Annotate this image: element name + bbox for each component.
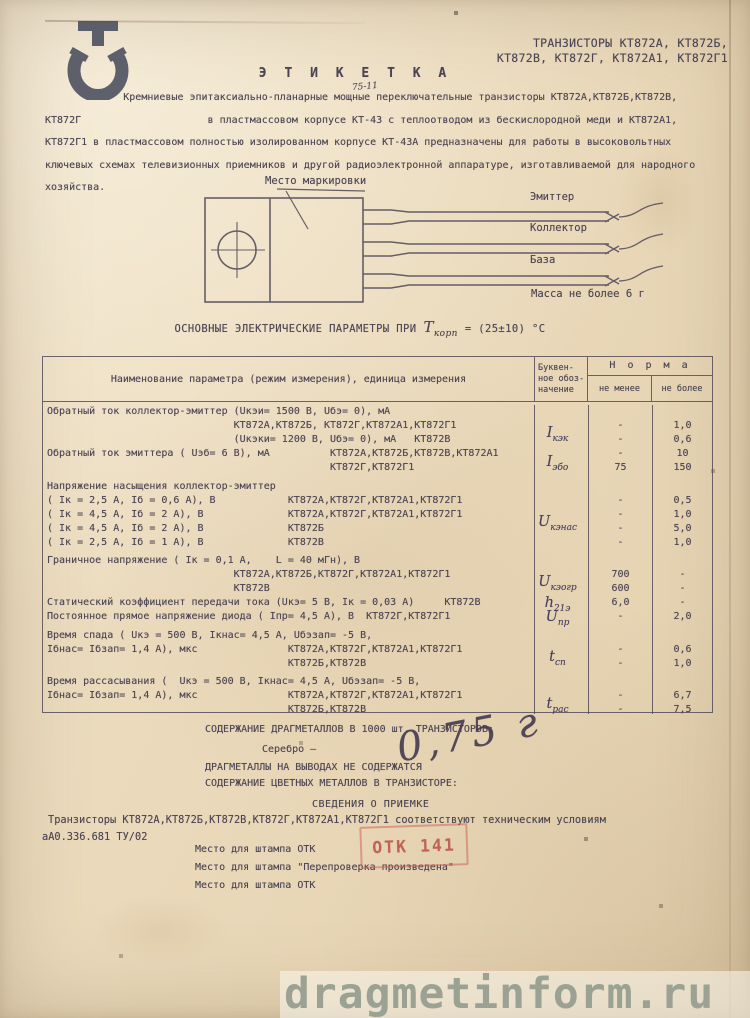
no-dragmetals-line: ДРАГМЕТАЛЛЫ НА ВЫВОДАХ НЕ СОДЕРЖАТСЯ [205, 762, 422, 773]
otk-stamp: ОТК 141 [359, 823, 468, 869]
param-line: КТ872А,КТ872Б, КТ872Г,КТ872А1,КТ872Г1 [43, 419, 534, 433]
param-line: ( Iк = 2,5 А, Iб = 1 А), В КТ872В [43, 536, 534, 550]
param-line: ( Iк = 2,5 А, Iб = 0,6 А), В КТ872А,КТ87… [43, 494, 534, 508]
min-value [589, 554, 652, 568]
param-line: Обратный ток коллектор-эмиттер (Uкэи= 15… [43, 405, 534, 419]
min-value: - [589, 657, 652, 671]
max-value [653, 405, 712, 419]
param-line: Время спада ( Uкэ = 500 В, Iкнас= 4,5 А,… [43, 629, 534, 643]
max-value: 1,0 [653, 508, 712, 522]
min-value: - [589, 522, 652, 536]
min-value: 600 [589, 582, 652, 596]
intro-line: КТ872Г в пластмассовом корпусе КТ-43 с т… [45, 110, 715, 133]
document-header: ТРАНЗИСТОРЫ КТ872А, КТ872Б, КТ872В, КТ87… [428, 36, 728, 66]
parameters-heading: ОСНОВНЫЕ ЭЛЕКТРИЧЕСКИЕ ПАРАМЕТРЫ ПРИ Tко… [0, 318, 720, 339]
min-column: ---75 ---- 7006006,0- -- -- [588, 405, 652, 714]
min-value [589, 675, 652, 689]
symbol-line [535, 629, 588, 643]
min-value [589, 629, 652, 643]
symbol-line: h21э [535, 596, 588, 610]
max-column: 1,00,610150 0,51,05,01,0 ---2,0 0,61,0 6… [652, 405, 712, 714]
symbol-Iэбо: Iэбо [547, 455, 569, 475]
paper-stain [60, 880, 260, 980]
max-value: - [653, 568, 712, 582]
acceptance-title: СВЕДЕНИЯ О ПРИЕМКЕ [312, 799, 429, 810]
max-value: 0,6 [653, 643, 712, 657]
max-value: 6,7 [653, 689, 712, 703]
symbol-line: Uкэнас [535, 508, 588, 522]
symbol-line: Uпр [535, 610, 588, 624]
mass-note: Масса не более 6 г [531, 288, 645, 300]
min-value: - [589, 419, 652, 433]
scanned-datasheet-page: ТРАНЗИСТОРЫ КТ872А, КТ872Б, КТ872В, КТ87… [0, 0, 750, 1018]
param-line: Граничное напряжение ( Iк = 0,1 А, L = 4… [43, 554, 534, 568]
param-line: ( Iк = 4,5 А, Iб = 2 А), В КТ872А,КТ872Г… [43, 508, 534, 522]
symbol-tсп: tсп [549, 650, 566, 670]
col-header-symbol: Буквен- ное обоз- начение [534, 357, 587, 401]
symbol-line: Iкэк [535, 419, 588, 433]
watermark: dragmetinform.ru [284, 969, 714, 1018]
min-value: - [589, 494, 652, 508]
min-value [589, 480, 652, 494]
symbol-line [535, 675, 588, 689]
symbol-column: IкэкIэбоUкэнасUкэогрh21эUпрtспtрас [534, 405, 588, 714]
max-value: - [653, 596, 712, 610]
table-body: Обратный ток коллектор-эмиттер (Uкэи= 15… [43, 402, 712, 714]
nonferrous-line: СОДЕРЖАНИЕ ЦВЕТНЫХ МЕТАЛЛОВ В ТРАНЗИСТОР… [205, 778, 458, 789]
param-line: Iбнас= Iбзап= 1,4 А), мкс КТ872А,КТ872Г,… [43, 643, 534, 657]
max-value: 5,0 [653, 522, 712, 536]
intro-line: Кремниевые эпитаксиально-планарные мощны… [45, 87, 715, 110]
heading-prefix: ОСНОВНЫЕ ЭЛЕКТРИЧЕСКИЕ ПАРАМЕТРЫ ПРИ [174, 323, 416, 335]
col-header-min: не менее [588, 376, 651, 401]
conformity-line: Транзисторы КТ872А,КТ872Б,КТ872В,КТ872Г,… [48, 814, 606, 826]
symbol-line: Uкэогр [535, 568, 588, 582]
table-header: Наименование параметра (режим измерения)… [43, 357, 712, 402]
col-header-max: не более [651, 376, 712, 401]
min-value: - [589, 536, 652, 550]
param-line: КТ872Г,КТ872Г1 [43, 461, 534, 475]
conformity-spec: аА0.336.681 ТУ/02 [42, 831, 147, 843]
header-line: КТ872В, КТ872Г, КТ872А1, КТ872Г1 [428, 51, 728, 66]
parameter-column: Обратный ток коллектор-эмиттер (Uкэи= 15… [43, 405, 534, 714]
page-title: Э Т И К Е Т К А [0, 66, 710, 81]
min-value: - [589, 433, 652, 447]
min-value: 700 [589, 568, 652, 582]
param-line: КТ872А,КТ872Б,КТ872Г,КТ872А1,КТ872Г1 [43, 568, 534, 582]
max-value: 7,5 [653, 703, 712, 717]
max-value [653, 480, 712, 494]
param-line: Iбнас= Iбзап= 1,4 А), мкс КТ872А,КТ872Г,… [43, 689, 534, 703]
max-value: 1,0 [653, 536, 712, 550]
symbol-line: Iэбо [535, 461, 588, 475]
intro-line: КТ872Г1 в пластмассовом полностью изолир… [45, 132, 715, 155]
paper-edge [729, 0, 731, 1018]
min-value: - [589, 643, 652, 657]
symbol-tрас: tрас [547, 697, 569, 717]
header-line: ТРАНЗИСТОРЫ КТ872А, КТ872Б, [428, 36, 728, 51]
heading-suffix: = (25±10) °С [465, 323, 546, 335]
max-value: 10 [653, 447, 712, 461]
max-value [653, 675, 712, 689]
symbol-Uкэнас: Uкэнас [538, 515, 577, 535]
symbol-line [535, 405, 588, 419]
min-value: - [589, 610, 652, 624]
param-line: Статический коэффициент передачи тока (U… [43, 596, 534, 610]
min-value: - [589, 447, 652, 461]
collector-label: Коллектор [530, 222, 587, 234]
min-value: - [589, 703, 652, 717]
marking-place-label: Место маркировки [265, 175, 366, 187]
max-value: 1,0 [653, 419, 712, 433]
param-line: Обратный ток эмиттера ( Uэб= 6 В), мА КТ… [43, 447, 534, 461]
param-line: Время рассасывания ( Uкэ = 500 В, Iкнас=… [43, 675, 534, 689]
base-label: База [530, 254, 555, 266]
min-value: - [589, 689, 652, 703]
min-value: 6,0 [589, 596, 652, 610]
param-line: КТ872В [43, 582, 534, 596]
norm-label: Н о р м а [588, 357, 712, 376]
symbol-Uкэогр: Uкэогр [538, 575, 576, 595]
symbol-line [535, 536, 588, 550]
symbol-line [535, 480, 588, 494]
max-value [653, 629, 712, 643]
emitter-label: Эмиттер [530, 191, 574, 203]
parameters-table: Наименование параметра (режим измерения)… [42, 356, 713, 713]
symbol-line [535, 494, 588, 508]
max-value: 2,0 [653, 610, 712, 624]
symbol-Uпр: Uпр [546, 610, 570, 630]
symbol-line: tрас [535, 703, 588, 717]
min-value: - [589, 508, 652, 522]
param-line: ( Iк = 4,5 А, Iб = 2 А), В КТ872Б [43, 522, 534, 536]
t-case-symbol: Tкорп [423, 318, 457, 339]
max-value: 0,6 [653, 433, 712, 447]
param-line: (Uкэки= 1200 В, Uбэ= 0), мА КТ872В [43, 433, 534, 447]
max-value: - [653, 582, 712, 596]
col-header-norm: Н о р м а не менее не более [587, 357, 712, 401]
symbol-Iкэк: Iкэк [547, 426, 569, 446]
silver-label: Серебро – [262, 744, 316, 755]
param-line: Напряжение насыщения коллектор-эмиттер [43, 480, 534, 494]
max-value: 150 [653, 461, 712, 475]
symbol-line [535, 554, 588, 568]
stamp-place-line: Место для штампа ОТК [195, 877, 454, 895]
param-line: КТ872Б,КТ872В [43, 657, 534, 671]
min-value [589, 405, 652, 419]
max-value: 1,0 [653, 657, 712, 671]
min-value: 75 [589, 461, 652, 475]
param-line: Постоянное прямое напряжение диода ( Iпр… [43, 610, 534, 624]
paper-specks [0, 0, 2, 2]
max-value: 0,5 [653, 494, 712, 508]
col-header-parameter: Наименование параметра (режим измерения)… [43, 357, 534, 401]
symbol-line: tсп [535, 643, 588, 657]
max-value [653, 554, 712, 568]
